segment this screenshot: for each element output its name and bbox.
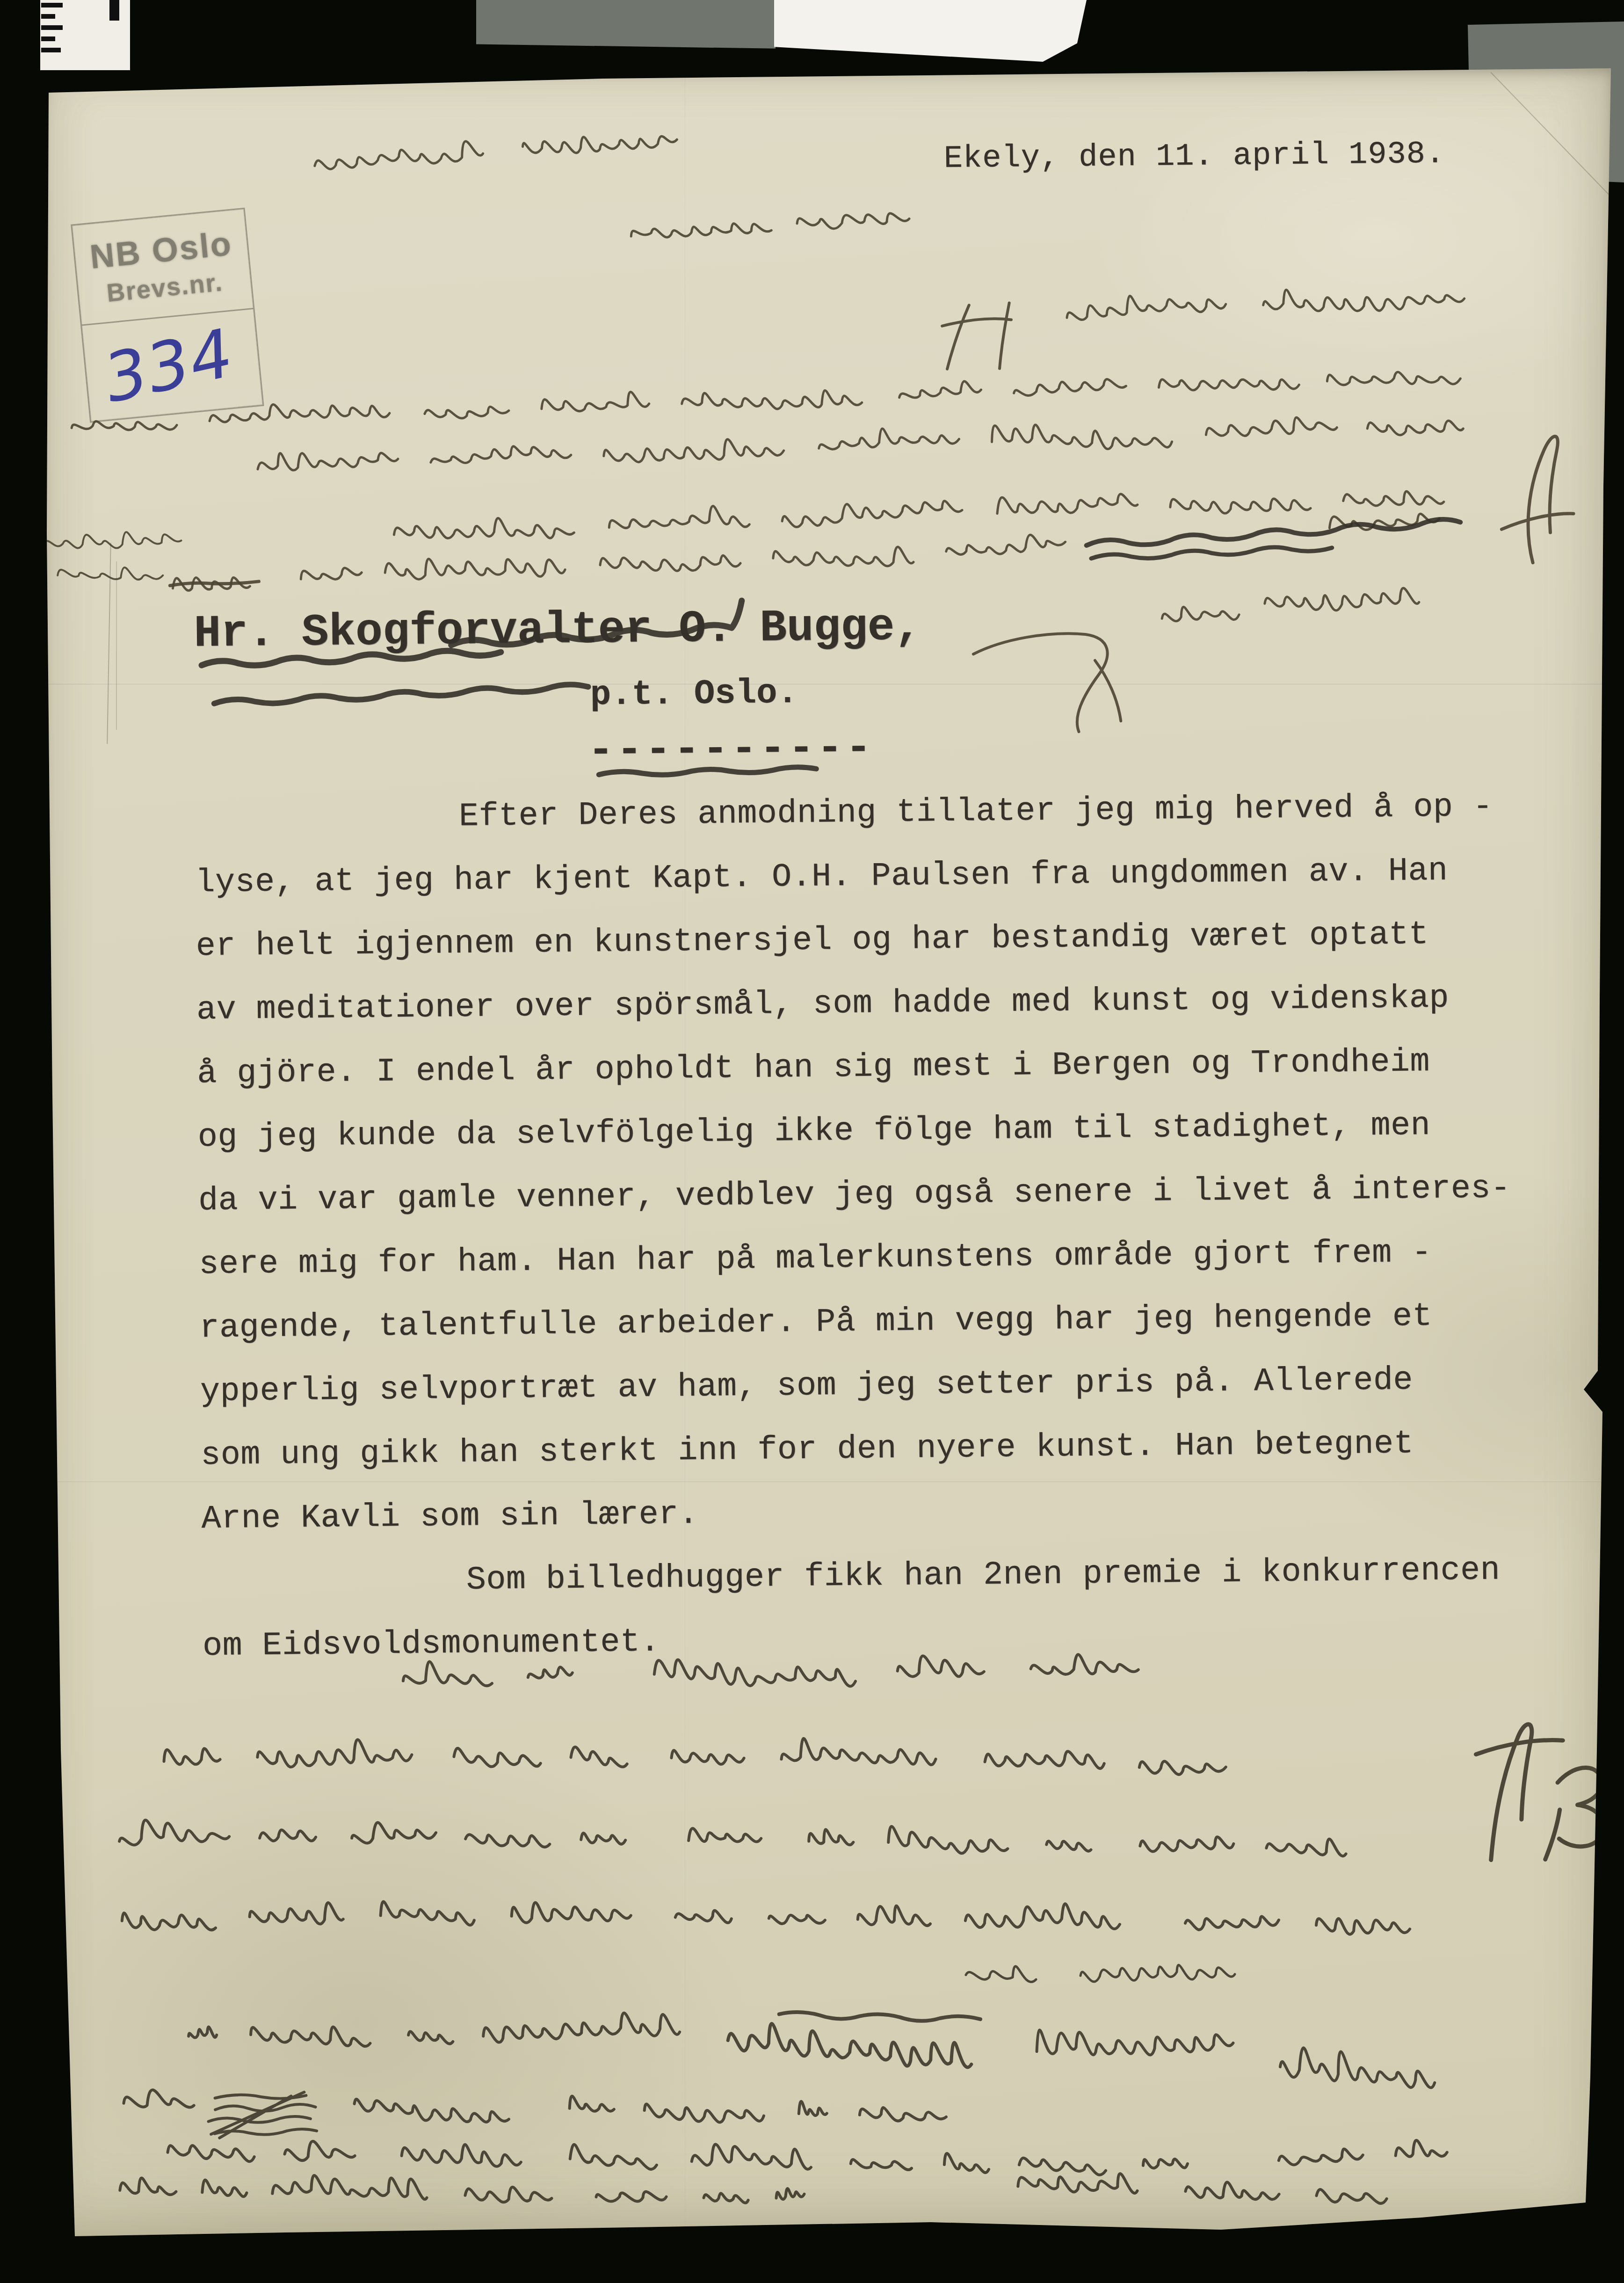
typed-line-14: om Eidsvoldsmonumentet. [203, 1624, 660, 1665]
handwriting-stroke [58, 567, 163, 580]
handwriting-flourish [973, 633, 1121, 733]
handwriting-stroke [992, 423, 1172, 450]
handwriting-stroke [260, 1830, 316, 1841]
handwriting-stroke [571, 1746, 627, 1767]
handwriting-stroke [809, 1829, 853, 1845]
fold-crease [42, 1481, 1612, 1482]
handwriting-stroke [797, 213, 909, 229]
handwriting-stroke [858, 1905, 930, 1927]
handwriting-stroke [465, 1834, 550, 1848]
handwriting-stroke [596, 2191, 666, 2202]
handwriting-stroke [581, 1832, 625, 1844]
handwriting-stroke [188, 2027, 217, 2037]
handwriting-stroke [528, 1667, 573, 1678]
handwriting-flourish [942, 303, 1012, 369]
handwriting-stroke [1030, 1654, 1138, 1674]
handwriting-stroke [691, 2144, 811, 2171]
handwriting-stroke [600, 555, 740, 572]
ruler-tick [41, 25, 63, 30]
handwriting-stroke [1170, 498, 1311, 514]
handwriting-stroke [1329, 514, 1439, 530]
handwriting-underline [170, 582, 259, 586]
handwriting-stroke [465, 2187, 551, 2203]
handwriting-stroke [1139, 1760, 1226, 1774]
handwriting-stroke [997, 494, 1138, 514]
handwriting-stroke [631, 223, 771, 238]
archive-stamp: NB Oslo Brevs.nr. 334 [71, 208, 264, 423]
handwriting-stroke [284, 2141, 355, 2160]
recipient-place: p.t. Oslo. [590, 674, 798, 715]
handwriting-stroke [944, 2153, 989, 2173]
ruler-tick [41, 14, 55, 19]
ruler-tick [41, 48, 61, 52]
letter-page: NB Oslo Brevs.nr. 334 Ekely, den 11. apr… [42, 65, 1612, 2240]
handwriting-stroke [1162, 606, 1239, 621]
fold-crease [42, 683, 1612, 684]
handwriting-underline [451, 601, 742, 645]
handwriting-underline [779, 2010, 980, 2022]
handwriting-stroke [899, 381, 981, 398]
handwriting-flourish [1476, 1723, 1604, 1860]
archive-stamp-header: NB Oslo Brevs.nr. [72, 209, 253, 326]
handwriting-stroke [401, 2144, 521, 2167]
scanner-background: NB Oslo Brevs.nr. 334 Ekely, den 11. apr… [0, 0, 1624, 2283]
handwriting-stroke [454, 1747, 540, 1767]
typed-line-13: Som billedhugger fikk han 2nen premie i … [466, 1552, 1500, 1599]
handwriting-stroke [781, 1737, 936, 1766]
handwriting-stroke [681, 390, 862, 410]
handwriting-stroke [1080, 1964, 1235, 1982]
handwriting-underline [1091, 547, 1332, 559]
typed-line-8: sere mig for ham. Han har på malerkunste… [199, 1235, 1432, 1283]
handwriting-stroke [1143, 2159, 1188, 2168]
handwriting-stroke [425, 407, 509, 419]
typed-line-3: er helt igjennem en kunstnersjel og har … [196, 916, 1428, 965]
scanned-letter-screenshot: { "document": { "kind": "scanned typewri… [0, 0, 1624, 2283]
handwriting-stroke [671, 1750, 744, 1765]
handwriting-stroke [314, 141, 483, 169]
handwriting-stroke [1343, 491, 1444, 506]
pencil-scratch [116, 561, 117, 730]
handwriting-stroke [119, 1819, 229, 1845]
handwriting-stroke [1159, 378, 1299, 391]
handwriting-stroke [569, 2096, 614, 2112]
handwriting-stroke [249, 1903, 343, 1925]
handwriting-stroke [965, 1903, 1120, 1930]
corner-fold-crease [1491, 72, 1619, 204]
handwriting-stroke [123, 2089, 194, 2108]
typed-line-5: å gjöre. I endel år opholdt han sig mest… [197, 1044, 1430, 1092]
handwriting-stroke [522, 136, 677, 153]
handwriting-stroke [1018, 2174, 1137, 2195]
handwriting-stroke [403, 1661, 492, 1687]
handwriting-stroke [799, 2101, 827, 2116]
handwriting-stroke [773, 547, 913, 567]
handwriting-stroke [202, 2180, 246, 2197]
handwriting-stroke [251, 2026, 370, 2047]
handwriting-stroke [301, 568, 362, 580]
handwriting-flourish [1501, 436, 1574, 563]
handwriting-stroke [888, 1825, 1008, 1854]
handwriting-stroke [257, 1739, 412, 1767]
stamp-number-label: Brevs.nr. [105, 268, 224, 308]
handwriting-stroke [120, 2178, 176, 2196]
handwriting-stroke [72, 421, 177, 430]
typed-line-6: og jeg kunde da selvfölgelig ikke fölge … [197, 1107, 1430, 1156]
handwriting-underline [214, 684, 588, 704]
typed-line-4: av meditationer over spörsmål, som hadde… [196, 980, 1450, 1029]
pencil-scratch [107, 543, 111, 744]
handwriting-stroke [1266, 1839, 1346, 1857]
handwriting-stroke [1263, 288, 1464, 312]
handwriting-stroke [173, 577, 250, 591]
handwriting-stroke [985, 1751, 1104, 1770]
typed-line-1: Efter Deres anmodning tillater jeg mig h… [459, 789, 1493, 836]
typed-divider: ---------- [587, 723, 874, 775]
handwriting-stroke [860, 2107, 946, 2122]
handwriting-scribble-out [208, 2092, 317, 2138]
handwriting-stroke [1185, 2181, 1279, 2200]
handwriting-stroke [167, 2145, 254, 2162]
handwriting-stroke [380, 1901, 474, 1926]
handwriting-stroke [1395, 2140, 1447, 2157]
handwriting-stroke [1316, 2189, 1386, 2204]
handwriting-stroke [776, 2188, 804, 2199]
fold-crease-vertical [684, 65, 685, 2240]
handwriting-stroke [782, 501, 962, 527]
handwriting-stroke [258, 452, 398, 470]
ruler-digit-mark [109, 0, 119, 21]
stamp-institution-label: NB Oslo [88, 225, 234, 276]
handwriting-stroke [675, 1910, 732, 1923]
typed-line-9: ragende, talentfulle arbeider. På min ve… [199, 1298, 1432, 1347]
handwriting-stroke [654, 1658, 856, 1688]
typed-line-12: Arne Kavli som sin lærer. [201, 1496, 698, 1538]
handwriting-stroke [728, 2022, 971, 2070]
handwriting-stroke [851, 2159, 912, 2170]
handwriting-stroke [210, 403, 390, 422]
recipient-name: Hr. Skogforvalter O. Bugge, [194, 601, 921, 659]
handwriting-stroke [1046, 1841, 1091, 1852]
handwriting-stroke [645, 2103, 764, 2123]
letter-body: Efter Deres anmodning tillater jeg mig h… [33, 58, 1624, 2247]
handwriting-stroke [272, 2174, 427, 2201]
handwriting-stroke [1206, 417, 1337, 436]
handwriting-stroke [946, 535, 1065, 555]
calibration-ruler [40, 0, 130, 70]
typed-line-10: ypperlig selvportræt av ham, som jeg set… [200, 1362, 1414, 1411]
handwriting-stroke [703, 2193, 748, 2203]
handwriting-underline [599, 767, 816, 775]
page-content: NB Oslo Brevs.nr. 334 Ekely, den 11. apr… [33, 58, 1624, 2247]
handwriting-stroke [541, 392, 649, 411]
handwriting-stroke [609, 506, 749, 528]
ruler-tick [41, 36, 55, 41]
ruler-tick [41, 3, 63, 7]
calibration-white-patch [774, 0, 1087, 62]
handwriting-stroke [603, 439, 783, 463]
handwriting-stroke [1265, 588, 1419, 611]
handwriting-stroke [1037, 2028, 1233, 2056]
handwriting-stroke [1067, 295, 1226, 320]
typed-line-2: lyse, at jeg har kjent Kapt. O.H. Paulse… [195, 852, 1448, 902]
handwriting-stroke [1014, 379, 1126, 396]
calibration-gray-patch [476, 0, 776, 55]
handwriting-stroke [431, 446, 571, 463]
handwriting-stroke [1327, 371, 1460, 385]
handwriting-stroke [354, 2098, 508, 2123]
handwriting-stroke [164, 1748, 220, 1765]
handwriting-stroke [122, 1912, 216, 1931]
handwriting-stroke [1280, 2047, 1435, 2089]
handwriting-stroke [769, 1915, 825, 1924]
handwriting-stroke [1279, 2149, 1363, 2165]
handwriting-underline [202, 650, 501, 666]
handwriting-stroke [408, 2031, 453, 2044]
typed-line-11: som ung gikk han sterkt inn for den nyer… [201, 1425, 1414, 1474]
handwriting-stroke [385, 558, 565, 580]
handwriting-stroke [1185, 1916, 1279, 1930]
handwriting-stroke [570, 2144, 657, 2170]
typed-line-7: da vi var gamle venner, vedblev jeg også… [198, 1170, 1511, 1220]
handwriting-layer [33, 58, 1624, 2247]
handwriting-stroke [511, 1902, 631, 1923]
handwriting-stroke [352, 1822, 436, 1844]
stamp-letter-number: 334 [97, 309, 265, 418]
handwriting-underline [1086, 519, 1460, 545]
handwriting-stroke [394, 517, 574, 539]
handwriting-stroke [966, 1966, 1036, 1983]
handwriting-stroke [43, 531, 181, 549]
handwriting-stroke [689, 1828, 761, 1842]
handwriting-stroke [819, 428, 959, 450]
handwriting-stroke [1019, 2157, 1106, 2176]
handwriting-stroke [897, 1655, 984, 1677]
dateline: Ekely, den 11. april 1938. [943, 136, 1445, 176]
handwriting-stroke [1367, 421, 1463, 436]
handwriting-stroke [1140, 1837, 1233, 1852]
handwriting-stroke [1316, 1918, 1410, 1934]
handwriting-stroke [483, 2012, 680, 2042]
